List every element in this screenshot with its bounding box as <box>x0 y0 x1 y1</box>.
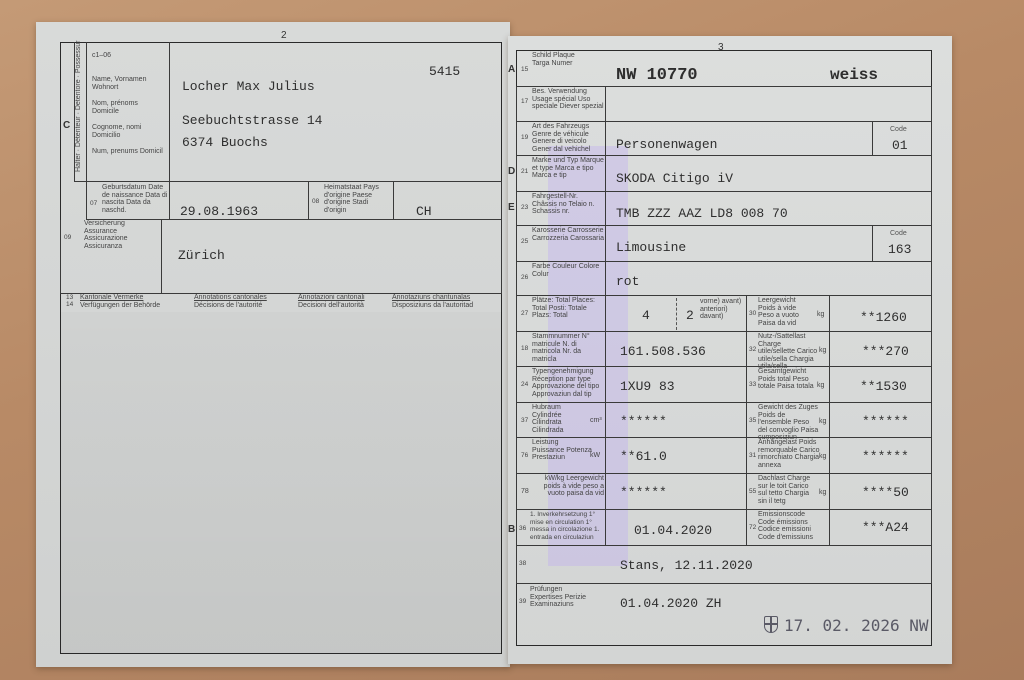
first-registration-code: 36 <box>519 525 526 532</box>
inspection-stamp: 17. 02. 2026 NW <box>784 616 929 635</box>
train-weight-value: ****** <box>862 414 909 429</box>
power-code: 76 <box>521 452 528 459</box>
annotations-code-13: 13 <box>66 294 73 301</box>
seats-code: 27 <box>521 310 528 317</box>
seats-front-label: vorne) avant) anteriori) davant) <box>700 298 744 321</box>
power-weight-value: ****** <box>620 485 667 500</box>
holder-name: Locher Max Julius <box>182 79 315 94</box>
holder-city: 6374 Buochs <box>182 135 268 150</box>
payload-unit: kg <box>819 347 826 355</box>
train-weight-unit: kg <box>819 418 826 426</box>
origin-code: 08 <box>312 198 319 205</box>
annotations-de-title: Kantonale Vermerke <box>80 294 143 302</box>
inspections-label: Prüfungen Expertises Perizie Examinaziun… <box>530 586 590 609</box>
trailer-load-code: 31 <box>749 452 756 459</box>
annotations-rm-title: Annotaziuns chantunalas <box>392 294 470 302</box>
annotations-it-sub: Decisioni dell'autorità <box>298 302 364 310</box>
make-model-code: 21 <box>521 168 528 175</box>
vehicle-type-label: Art des Fahrzeugs Genre de véhicule Gene… <box>532 123 604 153</box>
train-weight-label: Gewicht des Zuges Poids de l'ensemble Pe… <box>758 404 820 442</box>
power-weight-label: kW/kg Leergewicht poids à vide peso a vu… <box>534 475 604 498</box>
emission-code-value: ***A24 <box>862 520 909 535</box>
total-weight-label: Gesamtgewicht Poids total Peso totale Pa… <box>758 368 814 391</box>
first-registration-label: 1. Inverkehrsetzung 1° mise en circulati… <box>530 511 606 541</box>
special-use-label: Bes. Verwendung Usage spécial Uso specia… <box>532 88 604 111</box>
roof-load-value: ****50 <box>862 485 909 500</box>
holder-street: Seebuchtstrasse 14 <box>182 113 322 128</box>
origin-label: Heimatstaat Pays d'origine Paese d'origi… <box>324 184 390 214</box>
section-letter-d: D <box>508 166 515 177</box>
section-letter-c: C <box>63 120 70 131</box>
plate-code: 15 <box>521 66 528 73</box>
annotations-code-14: 14 <box>66 301 73 308</box>
insurance-code: 09 <box>64 234 71 241</box>
type-approval-code: 24 <box>521 381 528 388</box>
emission-code-label: Emissionscode Code émissions Codice emis… <box>758 511 818 541</box>
total-weight-unit: kg <box>817 382 824 390</box>
empty-weight-code: 30 <box>749 310 756 317</box>
seats-front: 2 <box>686 308 694 323</box>
holder-field-code: c1–06 <box>92 52 111 60</box>
power-unit: kW <box>590 452 600 460</box>
trailer-load-unit: kg <box>819 453 826 461</box>
color-code: 26 <box>521 274 528 281</box>
plate-color: weiss <box>830 66 878 84</box>
right-page: 3 A 15 Schild Plaque Targa Numer NW 1077… <box>508 36 952 664</box>
body-code-label: Code <box>890 230 907 237</box>
annotations-rm-sub: Disposiziuns da l'autoritad <box>392 302 473 310</box>
roof-load-code: 55 <box>749 488 756 495</box>
canton-crest-icon <box>764 616 778 633</box>
first-registration-value: 01.04.2020 <box>634 523 712 538</box>
annotations-it-title: Annotazioni cantonali <box>298 294 365 302</box>
section-letter-b: B <box>508 524 515 535</box>
holder-label-fr: Nom, prénoms Domicile <box>92 100 166 115</box>
plate-label: Schild Plaque Targa Numer <box>532 52 592 67</box>
empty-weight-value: **1260 <box>860 310 907 325</box>
payload-label: Nutz-/Sattellast Charge utile/sellette C… <box>758 333 818 371</box>
matriculation-label: Stammnummer N° matricule N. di matricola… <box>532 333 604 363</box>
displacement-unit: cm³ <box>590 417 602 425</box>
vehicle-type-code-value: 01 <box>892 138 908 153</box>
holder-label-de: Name, Vornamen Wohnort <box>92 76 166 91</box>
make-model-value: SKODA Citigo iV <box>616 171 733 186</box>
total-weight-code: 33 <box>749 381 756 388</box>
matriculation-value: 161.508.536 <box>620 344 706 359</box>
holder-label-rm: Num, prenums Domicil <box>92 148 166 156</box>
displacement-code: 37 <box>521 417 528 424</box>
payload-value: ***270 <box>862 344 909 359</box>
type-approval-label: Typengenehmigung Réception par type Appr… <box>532 368 606 398</box>
train-weight-code: 35 <box>749 417 756 424</box>
inspections-value: 01.04.2020 ZH <box>620 596 721 611</box>
vehicle-type-code: 19 <box>521 134 528 141</box>
displacement-value: ****** <box>620 414 667 429</box>
vehicle-type-code-label: Code <box>890 126 907 133</box>
payload-code: 32 <box>749 346 756 353</box>
issue-value: Stans, 12.11.2020 <box>620 558 753 573</box>
body-value: Limousine <box>616 240 686 255</box>
make-model-label: Marke und Typ Marque et type Marca e tip… <box>532 157 604 180</box>
plate-number: NW 10770 <box>616 66 698 85</box>
trailer-load-label: Anhängelast Poids remorquable Carico rim… <box>758 439 820 469</box>
inspections-code: 39 <box>519 598 526 605</box>
annotations-de-sub: Verfügungen der Behörde <box>80 302 160 310</box>
type-approval-value: 1XU9 83 <box>620 379 675 394</box>
annotations-fr-sub: Décisions de l'autorité <box>194 302 262 310</box>
annotations-area <box>60 312 502 654</box>
empty-weight-label: Leergewicht Poids à vide Peso a vuoto Pa… <box>758 297 814 327</box>
roof-load-unit: kg <box>819 489 826 497</box>
body-label: Karosserie Carrosserie Carrozzeria Caros… <box>532 227 604 242</box>
empty-weight-unit: kg <box>817 311 824 319</box>
roof-load-label: Dachlast Charge sur le toit Carico sul t… <box>758 475 818 505</box>
chassis-label: Fahrgestell-Nr. Châssis no Telaio n. Sch… <box>532 193 604 216</box>
displacement-label: Hubraum Cylindrée Cilindrata Cilindrada <box>532 404 592 434</box>
vehicle-type-value: Personenwagen <box>616 137 717 152</box>
insurance-value: Zürich <box>178 248 225 263</box>
total-weight-value: **1530 <box>860 379 907 394</box>
body-code-value: 163 <box>888 242 911 257</box>
color-label: Farbe Couleur Colore Colur <box>532 263 604 278</box>
special-use-code: 17 <box>521 98 528 105</box>
seats-label: Plätze: Total Places: Total Posti: Total… <box>532 297 604 320</box>
chassis-code: 23 <box>521 204 528 211</box>
section-letter-e: E <box>508 202 515 213</box>
birthdate-code: 07 <box>90 200 97 207</box>
holder-number: 5415 <box>429 64 460 79</box>
power-value: **61.0 <box>620 449 667 464</box>
trailer-load-value: ****** <box>862 449 909 464</box>
insurance-label: Versicherung Assurance Assicurazione Ass… <box>84 220 154 250</box>
chassis-value: TMB ZZZ AAZ LD8 008 70 <box>616 206 788 221</box>
power-label: Leistung Puissance Potenza Prestaziun <box>532 439 592 462</box>
seats-divider <box>676 298 677 330</box>
emission-code-code: 72 <box>749 524 756 531</box>
birthdate-label: Geburtsdatum Date de naissance Data di n… <box>102 184 168 214</box>
color-value: rot <box>616 274 639 289</box>
left-page: 2 C Halter · Détenteur · Detentore · Pos… <box>36 22 510 667</box>
section-letter-a: A <box>508 64 515 75</box>
birthdate-value: 29.08.1963 <box>180 204 258 219</box>
origin-value: CH <box>416 204 432 219</box>
power-weight-code: 78 <box>521 488 529 496</box>
seats-total: 4 <box>642 308 650 323</box>
matriculation-code: 18 <box>521 345 528 352</box>
page-number: 2 <box>281 30 287 41</box>
body-code: 25 <box>521 238 528 245</box>
holder-vertical-label: Halter · Détenteur · Detentore · Possess… <box>75 41 82 173</box>
annotations-fr-title: Annotations cantonales <box>194 294 267 302</box>
holder-label-it: Cognome, nomi Domicilio <box>92 124 166 139</box>
issue-code: 38 <box>519 560 526 567</box>
